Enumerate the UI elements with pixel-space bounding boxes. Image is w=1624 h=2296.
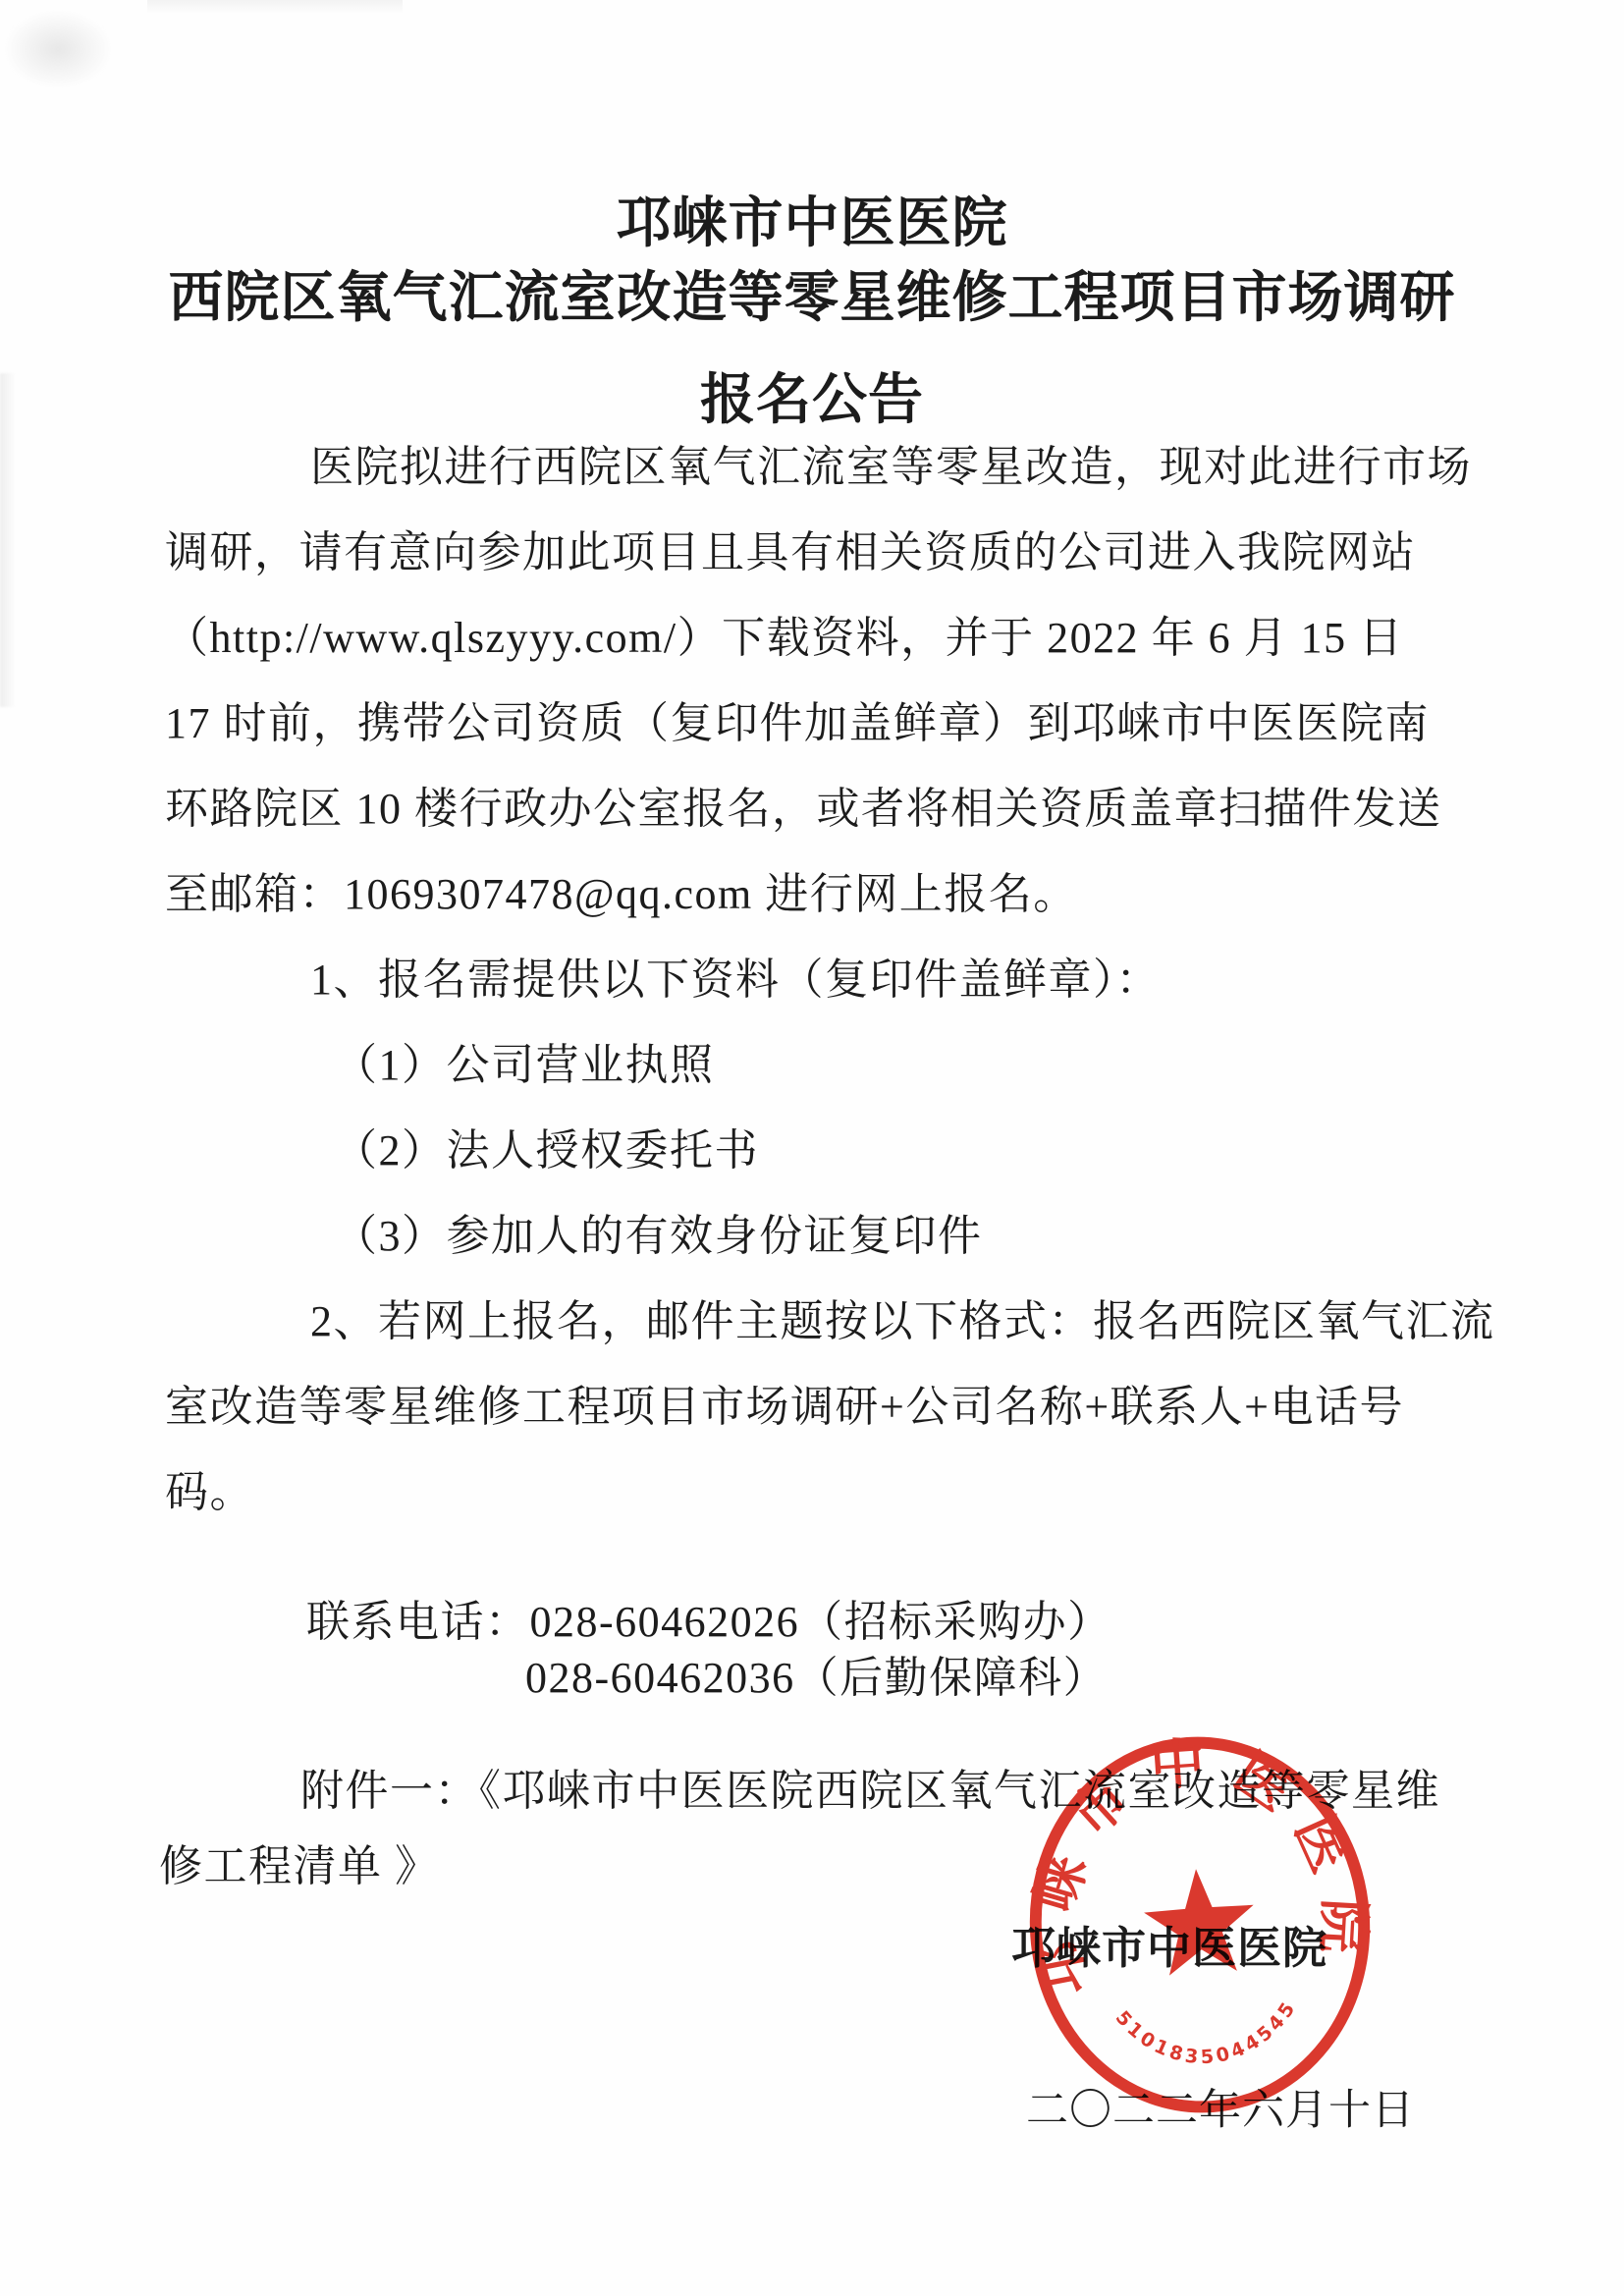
document-page: 邛崃市中医医院 西院区氧气汇流室改造等零星维修工程项目市场调研 报名公告 医院拟… (0, 0, 1624, 2296)
title-project-name: 西院区氧气汇流室改造等零星维修工程项目市场调研 (0, 271, 1624, 326)
item2-line1: 2、若网上报名，邮件主题按以下格式：报名西院区氧气汇流 (310, 1300, 1495, 1343)
seal-curved-text: 邛崃市中医医院 (1011, 1722, 1380, 2001)
contact-phone-line2: 028-60462036（后勤保障科） (525, 1657, 1108, 1700)
scan-smudge-top-edge (147, 0, 403, 14)
attachment-line2: 修工程清单 》 (159, 1845, 440, 1888)
paragraph1-line2: 调研，请有意向参加此项目且具有相关资质的公司进入我院网站 (165, 531, 1416, 574)
item1-subitem3: （3）参加人的有效身份证复印件 (334, 1215, 983, 1258)
seal-star-icon (1141, 1865, 1258, 1977)
item1-heading: 1、报名需提供以下资料（复印件盖鲜章）： (310, 958, 1161, 1002)
paragraph1-line5: 环路院区 10 楼行政办公室报名，或者将相关资质盖章扫描件发送 (165, 788, 1442, 831)
paragraph1-line4: 17 时前，携带公司资质（复印件加盖鲜章）到邛崃市中医医院南 (165, 702, 1430, 745)
item2-line3: 码。 (165, 1471, 254, 1514)
item1-subitem2: （2）法人授权委托书 (334, 1129, 759, 1173)
scan-smudge-top-left (4, 10, 112, 88)
paragraph1-line1: 医院拟进行西院区氧气汇流室等零星改造，现对此进行市场 (310, 446, 1472, 489)
paragraph1-line3-url: （http://www.qlszyyy.com/）下载资料，并于 2022 年 … (165, 617, 1404, 660)
title-hospital-name: 邛崃市中医医院 (0, 196, 1624, 251)
contact-phone-line1: 联系电话：028-60462026（招标采购办） (306, 1601, 1112, 1644)
item2-line2: 室改造等零星维修工程项目市场调研+公司名称+联系人+电话号 (165, 1386, 1404, 1429)
official-seal: 邛崃市中医医院 5101835044545 (1005, 1715, 1393, 2136)
seal-number-text: 5101835044545 (1110, 1995, 1305, 2075)
paragraph1-line6-email: 至邮箱：1069307478@qq.com 进行网上报名。 (165, 873, 1078, 916)
item1-subitem1: （1）公司营业执照 (334, 1044, 715, 1087)
title-announcement: 报名公告 (0, 373, 1624, 428)
